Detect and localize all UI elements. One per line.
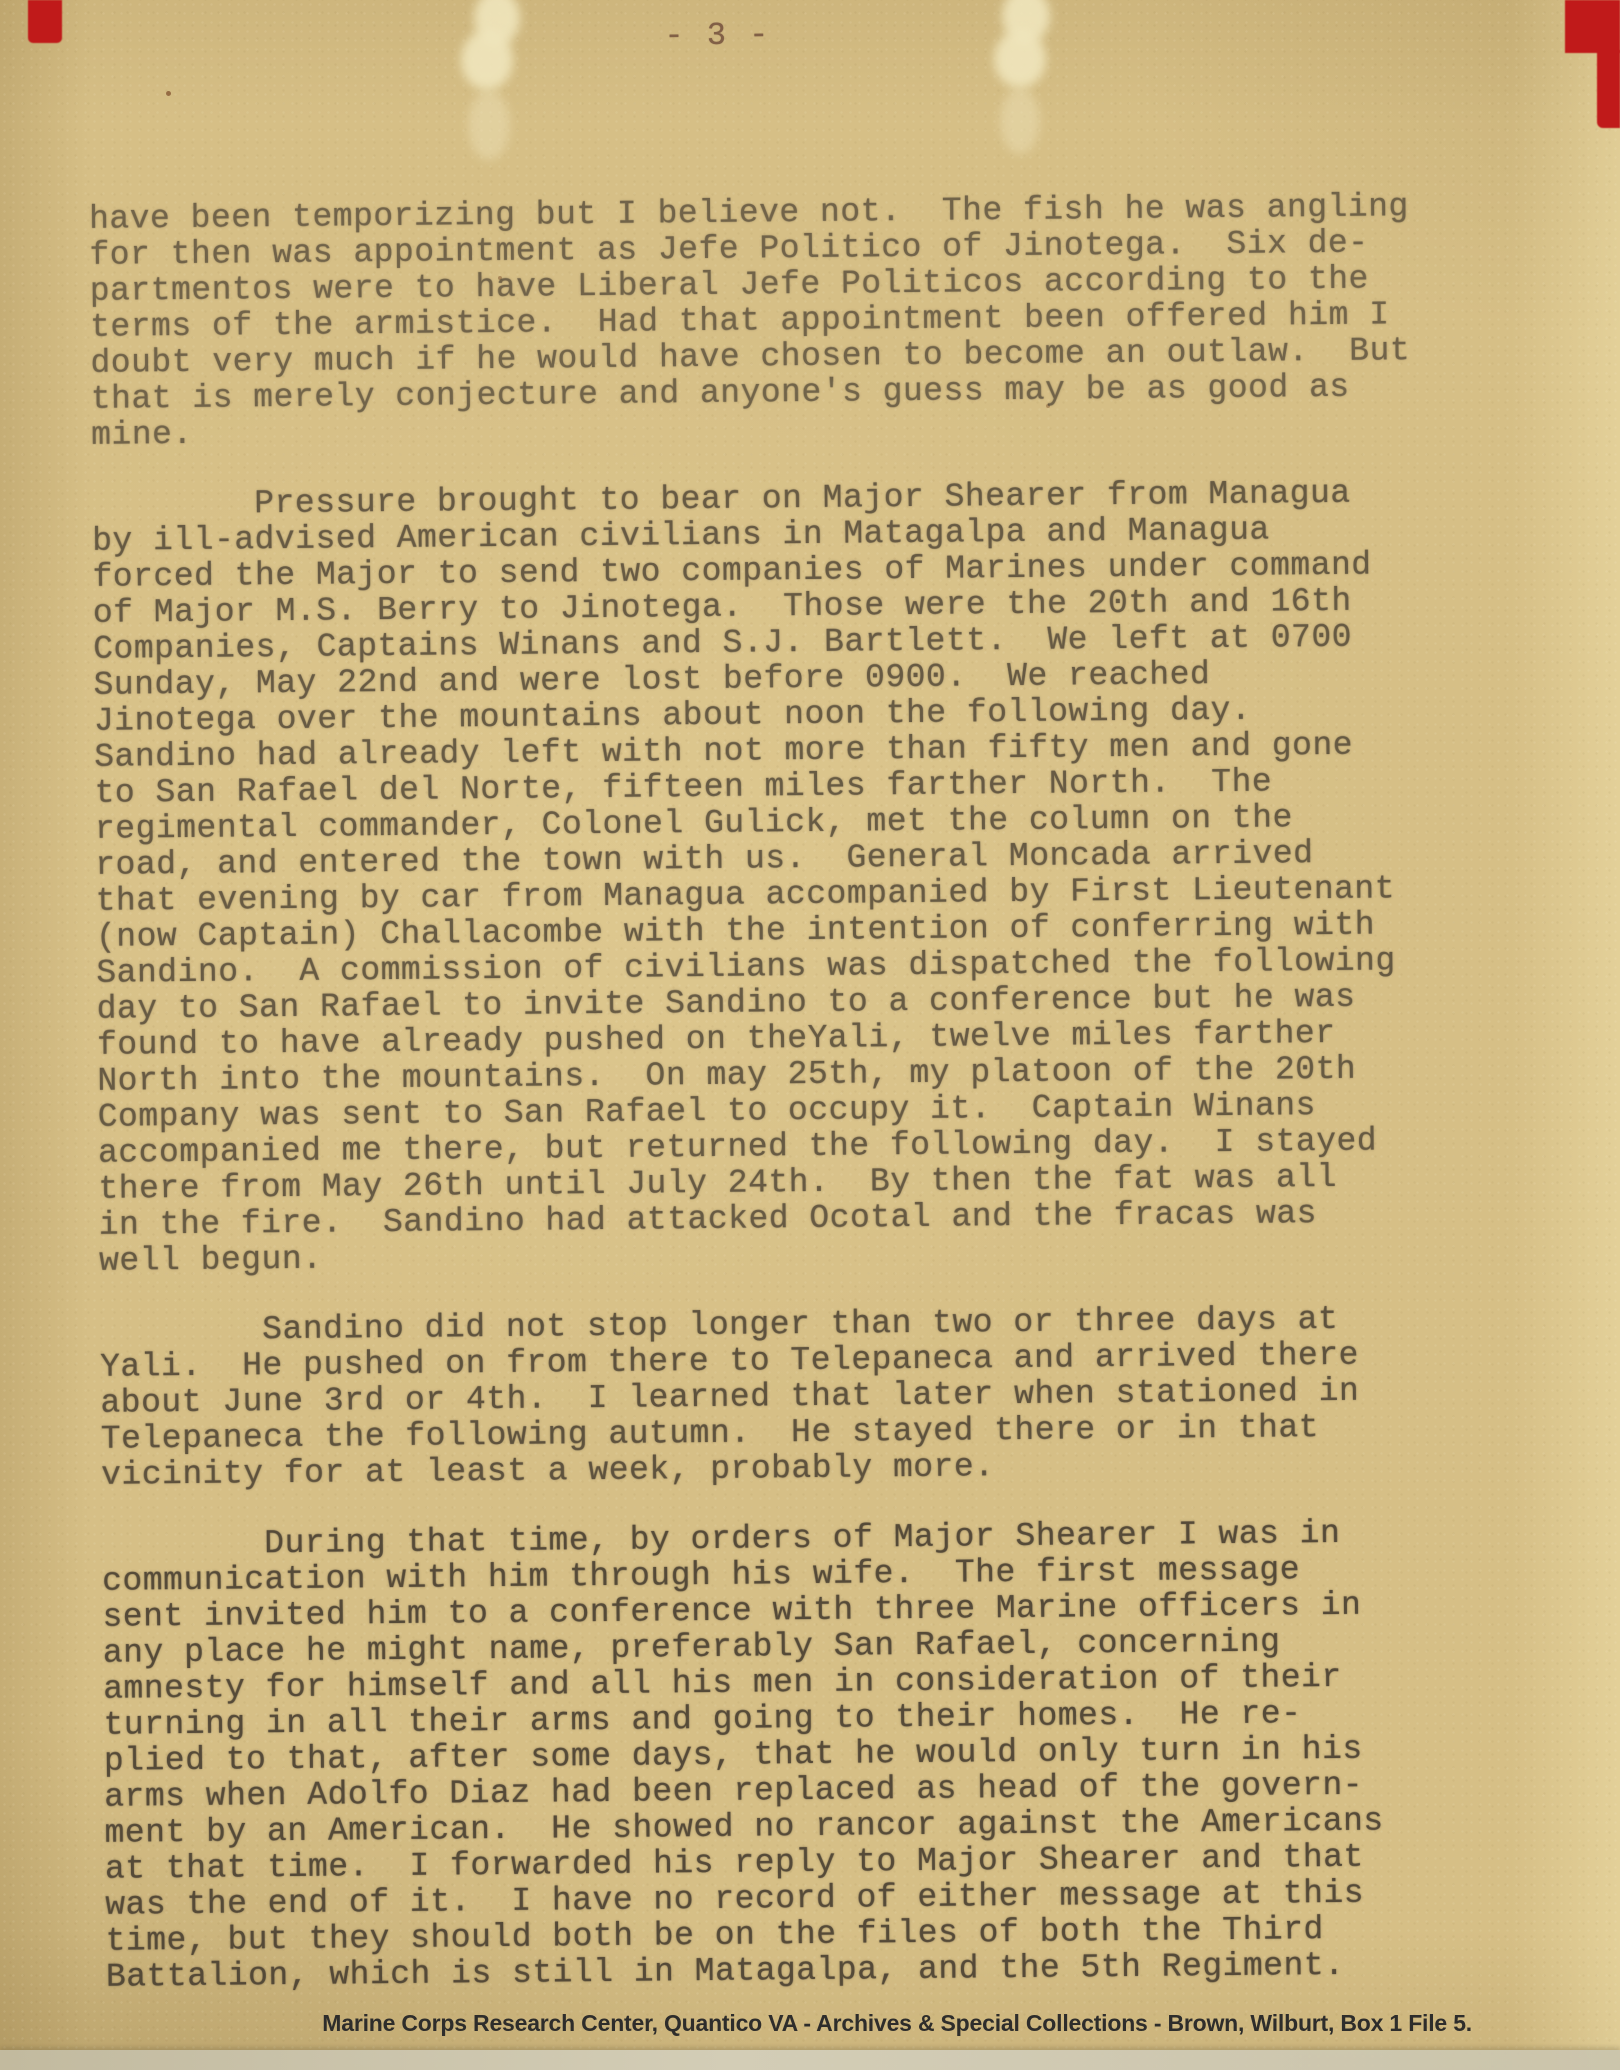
page-number: - 3 - <box>664 16 770 54</box>
paper-background: - 3 - have been temporizing but I believ… <box>0 0 1620 2070</box>
typed-paragraph: During that time, by orders of Major She… <box>102 1514 1526 1996</box>
typed-paragraph: Sandino did not stop longer than two or … <box>100 1300 1522 1494</box>
typed-paragraph: Pressure brought to bear on Major Sheare… <box>92 474 1520 1280</box>
typed-text-block: have been temporizing but I believe not.… <box>89 188 1526 1996</box>
typed-paragraph: have been temporizing but I believe not.… <box>89 188 1511 454</box>
typed-page: - 3 - have been temporizing but I believ… <box>0 0 1620 2070</box>
archive-caption: Marine Corps Research Center, Quantico V… <box>0 2010 1472 2037</box>
scanner-edge-band <box>0 2050 1620 2070</box>
